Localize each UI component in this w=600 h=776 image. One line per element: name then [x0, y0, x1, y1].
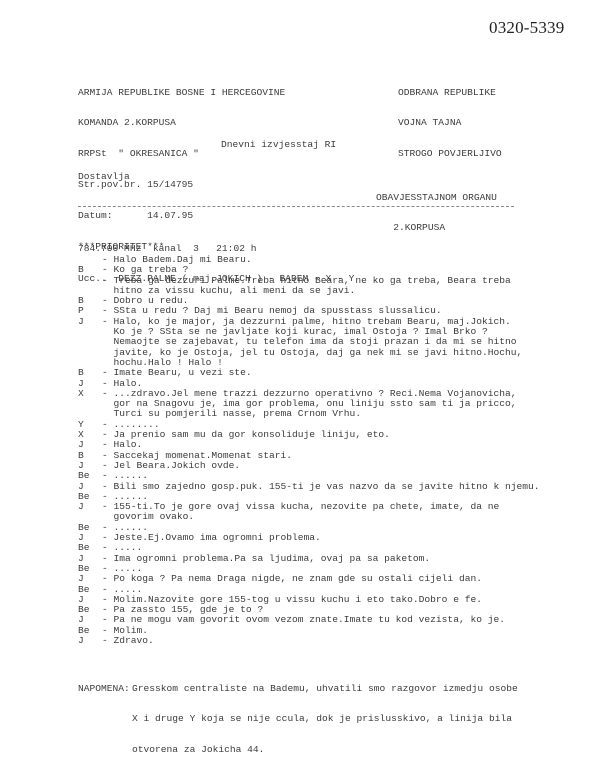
utterance-text: - Bili smo zajedno gosp.puk. 155-ti je v…: [102, 481, 540, 492]
utterance-text: - Po koga ? Pa nema Draga nigde, ne znam…: [102, 573, 482, 584]
speaker-label: X: [78, 389, 102, 399]
note-block: NAPOMENA:Gresskom centraliste na Bademu,…: [78, 663, 518, 766]
note-line-2: X i druge Y koja se nije ccula, dok je p…: [78, 714, 518, 724]
utterance-text: - Pa ne mogu vam govorit ovom vezom znat…: [102, 614, 505, 625]
sender-army: ARMIJA REPUBLIKE BOSNE I HERCEGOVINE: [78, 88, 285, 98]
delivery-label: Dostavlja: [78, 172, 130, 182]
note-text: Gresskom centraliste na Bademu, uhvatili…: [132, 683, 518, 694]
document-date: Datum: 14.07.95: [78, 211, 285, 221]
classification-block: ODBRANA REPUBLIKE VOJNA TAJNA STROGO POV…: [398, 67, 502, 170]
speaker-label: J: [78, 636, 102, 646]
classification-line-2: VOJNA TAJNA: [398, 118, 502, 128]
note-text: otvorena za Jokicha 44.: [132, 744, 264, 755]
recipient-line-1: OBAVJESSTAJNOM ORGANU: [376, 193, 497, 203]
speaker-label: J: [78, 502, 102, 512]
sender-command: KOMANDA 2.KORPUSA: [78, 118, 285, 128]
transcript-line: X- Ja prenio sam mu da gor konsoliduje l…: [78, 430, 540, 440]
utterance-text: - Ima ogromni problema.Pa sa ljudima, ov…: [102, 553, 430, 564]
utterance-text: - Zdravo.: [102, 635, 154, 646]
transcript-line: J- Zdravo.: [78, 636, 540, 646]
speaker-label: J: [78, 574, 102, 584]
note-label: NAPOMENA:: [78, 684, 132, 694]
document-title: Dnevni izvjesstaj RI: [221, 140, 336, 150]
transcript-line: J- Jeste.Ej.Ovamo ima ogromni problema.: [78, 533, 540, 543]
note-text: X i druge Y koja se nije ccula, dok je p…: [132, 713, 512, 724]
classification-line-1: ODBRANA REPUBLIKE: [398, 88, 502, 98]
sender-unit: RRPSt " OKRESANICA ": [78, 149, 285, 159]
recipient-block: OBAVJESSTAJNOM ORGANU 2.KORPUSA: [376, 172, 497, 244]
note-line-1: NAPOMENA:Gresskom centraliste na Bademu,…: [78, 684, 518, 694]
transcript: - Halo Badem.Daj mi Bearu.B- Ko ga treba…: [78, 255, 540, 646]
transcript-line: J- Ima ogromni problema.Pa sa ljudima, o…: [78, 554, 540, 564]
transcript-line: B- Imate Bearu, u vezi ste.: [78, 368, 540, 378]
utterance-text: - Ja prenio sam mu da gor konsoliduje li…: [102, 429, 390, 440]
document-id: 0320-5339: [489, 18, 564, 38]
transcript-line: J- Po koga ? Pa nema Draga nigde, ne zna…: [78, 574, 540, 584]
speaker-label: Be: [78, 471, 102, 481]
recipient-line-2: 2.KORPUSA: [376, 223, 497, 233]
dashed-separator: [78, 206, 514, 207]
classification-line-3: STROGO POVJERLJIVO: [398, 149, 502, 159]
speaker-label: B: [78, 265, 102, 275]
note-line-3: otvorena za Jokicha 44.: [78, 745, 518, 755]
speaker-label: J: [78, 317, 102, 327]
frequency-line: 784.700 MHz kanal 3 21:02 h: [78, 244, 354, 254]
